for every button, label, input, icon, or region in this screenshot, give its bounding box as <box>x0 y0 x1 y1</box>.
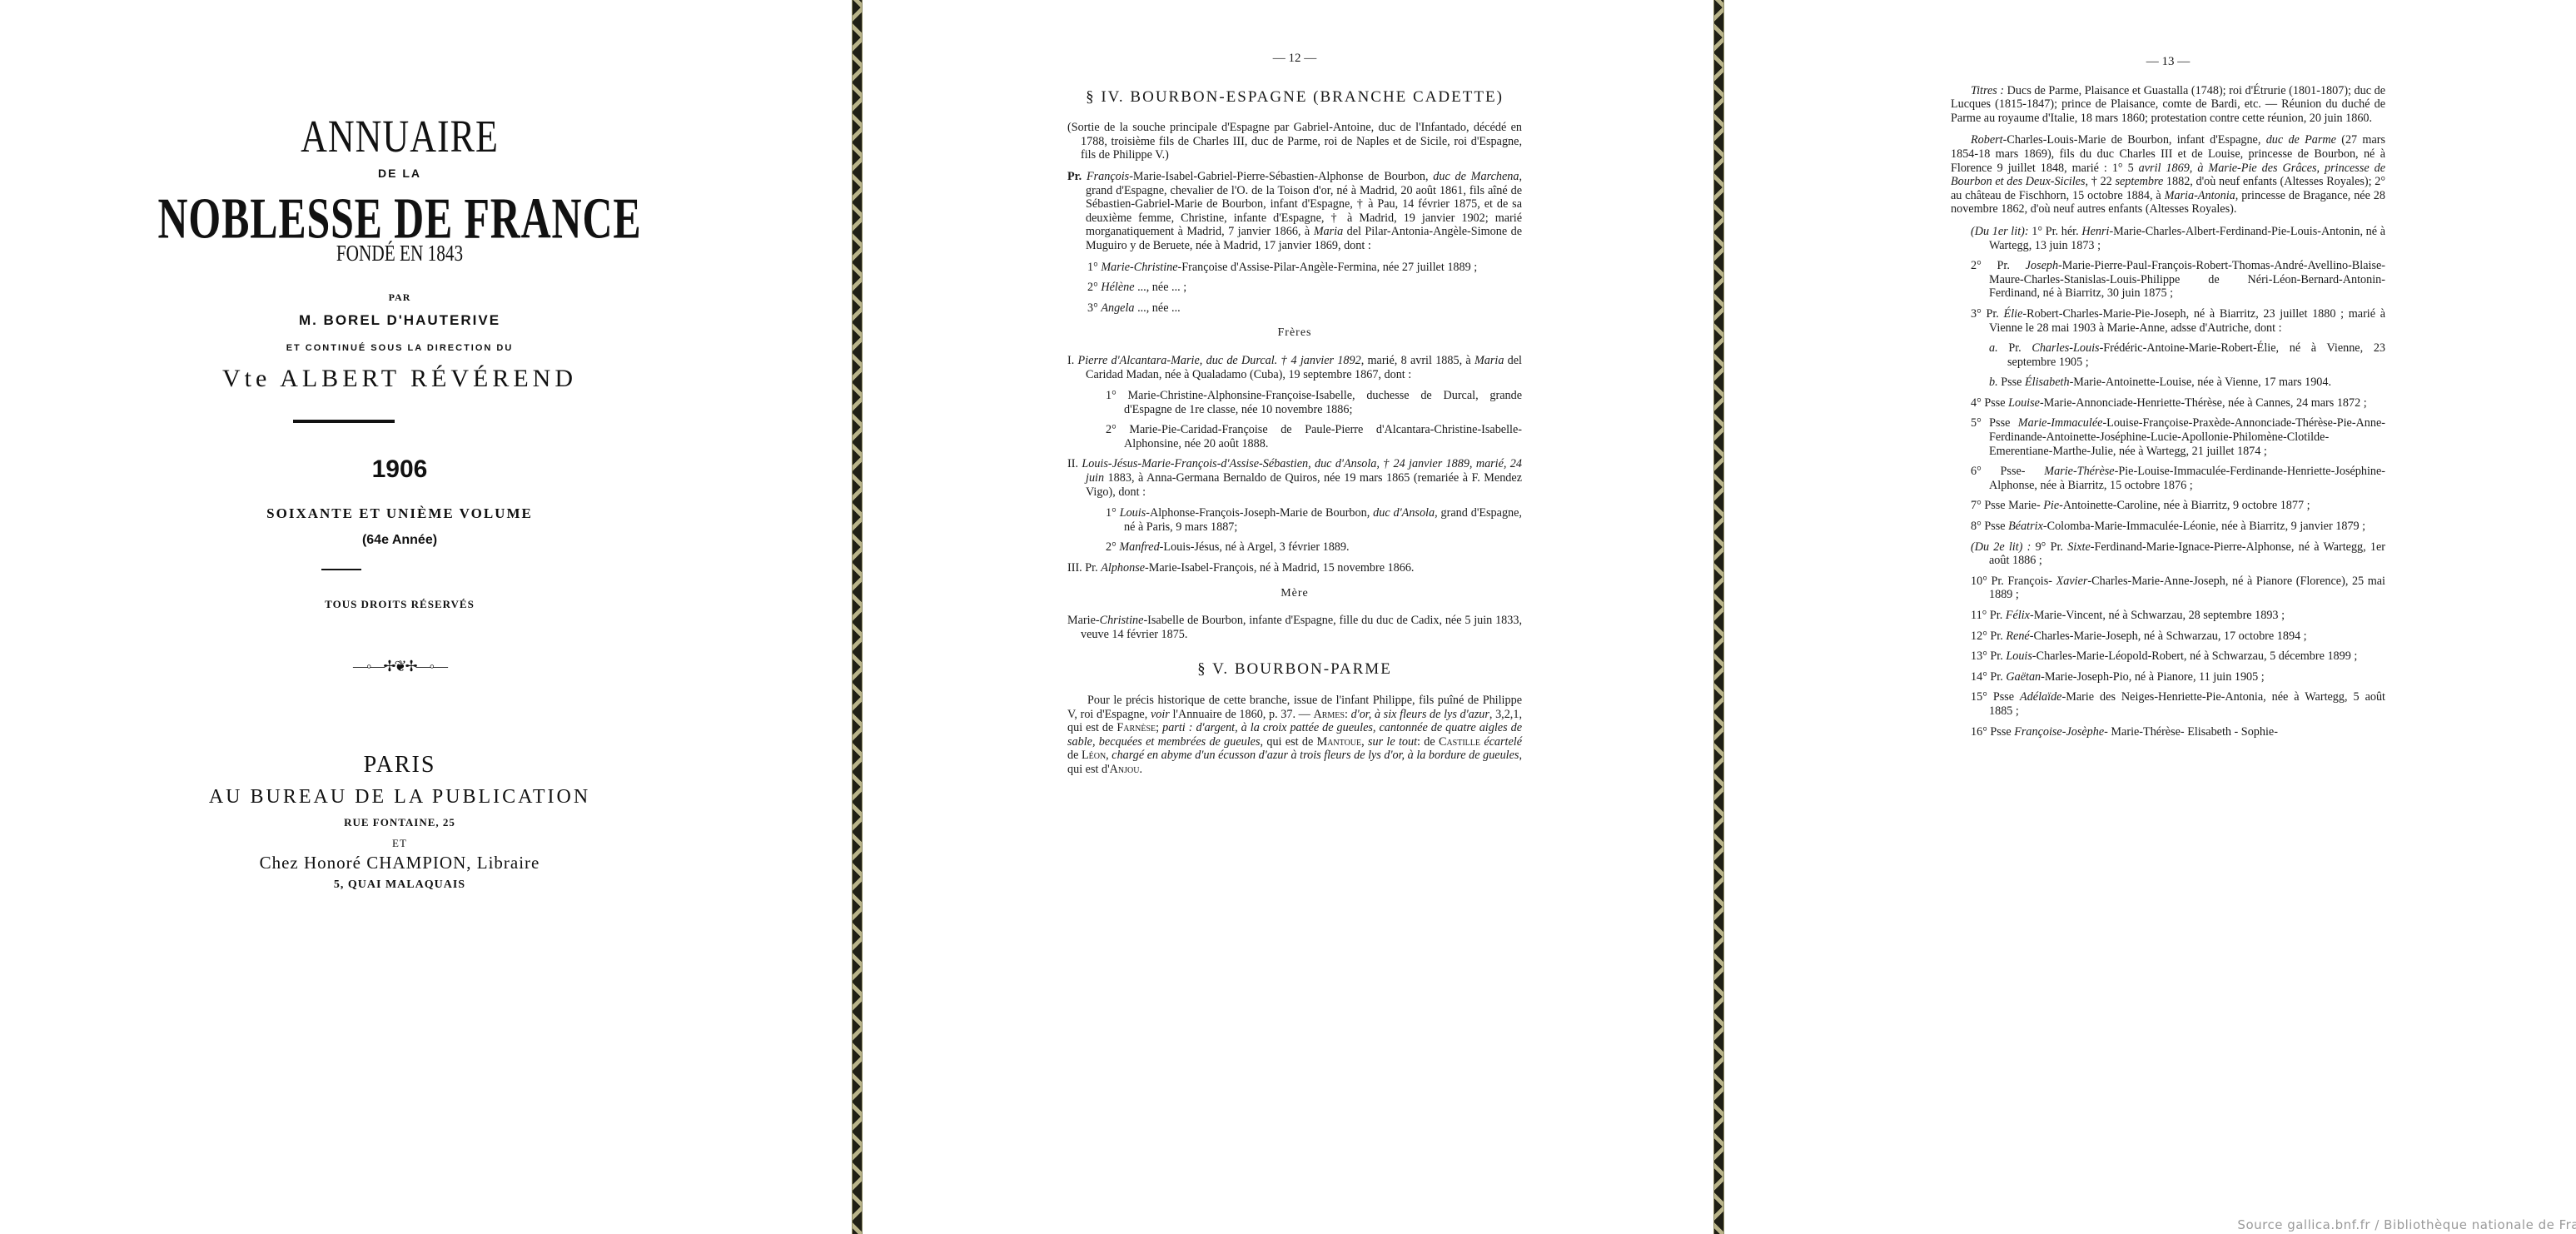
child-entry: 5° Psse Marie-Immaculée-Louise-Françoise… <box>1951 416 2385 458</box>
child-entry: 7° Psse Marie- Pie-Antoinette-Caroline, … <box>1951 499 2385 513</box>
title-annuaire: ANNUAIRE <box>0 110 799 163</box>
section-heading: § IV. BOURBON-ESPAGNE (BRANCHE CADETTE) <box>1067 91 1522 105</box>
title-continued: ET CONTINUÉ SOUS LA DIRECTION DU <box>0 343 799 353</box>
grandchild-entry: a. Pr. Charles-Louis-Frédéric-Antoine-Ma… <box>1951 341 2385 369</box>
subheading-mere: Mère <box>1067 587 1522 601</box>
child-entry: 1° Marie-Christine-Françoise d'Assise-Pi… <box>1067 261 1522 275</box>
title-author: M. BOREL D'HAUTERIVE <box>0 312 799 329</box>
title-editor: Vte ALBERT RÉVÉREND <box>0 365 799 393</box>
child-entry: 8° Psse Béatrix-Colomba-Marie-Immaculée-… <box>1951 520 2385 534</box>
child-entry: 15° Psse Adélaïde-Marie des Neiges-Henri… <box>1951 690 2385 718</box>
title-rule-short <box>321 569 361 570</box>
child-entry: 13° Pr. Louis-Charles-Marie-Léopold-Robe… <box>1951 649 2385 664</box>
titles-paragraph: Titres : Ducs de Parme, Plaisance et Gua… <box>1951 84 2385 126</box>
page-number: — 13 — <box>1951 55 2385 69</box>
page-12-column: — 12 — § IV. BOURBON-ESPAGNE (BRANCHE CA… <box>1067 52 1522 777</box>
title-rights: TOUS DROITS RÉSERVÉS <box>0 598 799 611</box>
title-par: PAR <box>0 291 799 304</box>
child-entry: 2° Hélène ..., née ... ; <box>1067 281 1522 295</box>
subheading-freres: Frères <box>1067 326 1522 341</box>
title-publisher: AU BUREAU DE LA PUBLICATION <box>0 786 799 809</box>
page-number: — 12 — <box>1067 52 1522 66</box>
title-year: 1906 <box>0 455 799 484</box>
title-publisher-address: RUE FONTAINE, 25 <box>0 816 799 829</box>
nephew-entry: 2° Manfred-Louis-Jésus, né à Argel, 3 fé… <box>1067 540 1522 555</box>
title-bookseller: Chez Honoré CHAMPION, Libraire <box>0 853 799 873</box>
main-entry: Pr. François-Marie-Isabel-Gabriel-Pierre… <box>1067 170 1522 253</box>
title-annee: (64e Année) <box>0 533 799 548</box>
fleuron-ornament-icon: —◦—✢❦✢—◦— <box>0 658 799 675</box>
page-12: — 12 — § IV. BOURBON-ESPAGNE (BRANCHE CA… <box>863 0 1714 1234</box>
title-page: ANNUAIRE DE LA NOBLESSE DE FRANCE FONDÉ … <box>0 0 853 1234</box>
mother-entry: Marie-Christine-Isabelle de Bourbon, inf… <box>1067 614 1522 641</box>
nephew-entry: 2° Marie-Pie-Caridad-Françoise de Paule-… <box>1067 423 1522 450</box>
title-et: ET <box>0 837 799 850</box>
nephew-entry: 1° Louis-Alphonse-François-Joseph-Marie … <box>1067 506 1522 534</box>
children-list: (Du 1er lit): 1° Pr. hér. Henri-Marie-Ch… <box>1951 225 2385 739</box>
child-entry: 14° Pr. Gaëtan-Marie-Joseph-Pio, né à Pi… <box>1951 670 2385 684</box>
title-rule-top <box>293 420 395 423</box>
page-13-column: — 13 — Titres : Ducs de Parme, Plaisance… <box>1951 55 2385 745</box>
title-editor-name: ALBERT RÉVÉREND <box>280 365 577 392</box>
head-of-house-entry: Robert-Charles-Louis-Marie de Bourbon, i… <box>1951 133 2385 216</box>
child-entry: 16° Psse Françoise-Josèphe- Marie-Thérès… <box>1951 725 2385 739</box>
child-entry: 10° Pr. François- Xavier-Charles-Marie-A… <box>1951 575 2385 602</box>
page-13: — 13 — Titres : Ducs de Parme, Plaisance… <box>1724 0 2576 1234</box>
title-vte: Vte <box>222 365 271 392</box>
child-entry: 12° Pr. René-Charles-Marie-Joseph, né à … <box>1951 629 2385 644</box>
child-entry: 3° Angela ..., née ... <box>1067 301 1522 316</box>
section-heading: § V. BOURBON-PARME <box>1067 663 1522 677</box>
child-entry: 2° Pr. Joseph-Marie-Pierre-Paul-François… <box>1951 259 2385 301</box>
title-founded: FONDÉ EN 1843 <box>60 241 739 267</box>
source-attribution: Source gallica.bnf.fr / Bibliothèque nat… <box>2237 1217 2576 1232</box>
page-divider <box>852 0 863 1234</box>
brother-entry: I. Pierre d'Alcantara-Marie, duc de Durc… <box>1067 354 1522 381</box>
section-intro: (Sortie de la souche principale d'Espagn… <box>1067 121 1522 162</box>
grandchild-entry: b. Psse Élisabeth-Marie-Antoinette-Louis… <box>1951 376 2385 390</box>
title-de-la: DE LA <box>0 167 799 180</box>
brother-entry: II. Louis-Jésus-Marie-François-d'Assise-… <box>1067 457 1522 499</box>
child-entry: 3° Pr. Élie-Robert-Charles-Marie-Pie-Jos… <box>1951 307 2385 335</box>
child-entry: 4° Psse Louise-Marie-Annonciade-Henriett… <box>1951 396 2385 411</box>
title-city: PARIS <box>0 752 799 779</box>
title-volume: SOIXANTE ET UNIÈME VOLUME <box>0 505 799 522</box>
brother-entry: III. Pr. Alphonse-Marie-Isabel-François,… <box>1067 561 1522 575</box>
child-entry: (Du 2e lit) : 9° Pr. Sixte-Ferdinand-Mar… <box>1951 540 2385 568</box>
child-entry: (Du 1er lit): 1° Pr. hér. Henri-Marie-Ch… <box>1951 225 2385 252</box>
title-bookseller-address: 5, QUAI MALAQUAIS <box>0 878 799 892</box>
armorial-text: Pour le précis historique de cette branc… <box>1067 694 1522 777</box>
child-entry: 11° Pr. Félix-Marie-Vincent, né à Schwar… <box>1951 609 2385 623</box>
nephew-entry: 1° Marie-Christine-Alphonsine-Françoise-… <box>1067 389 1522 416</box>
page-divider <box>1713 0 1724 1234</box>
child-entry: 6° Psse- Marie-Thérèse-Pie-Louise-Immacu… <box>1951 465 2385 492</box>
